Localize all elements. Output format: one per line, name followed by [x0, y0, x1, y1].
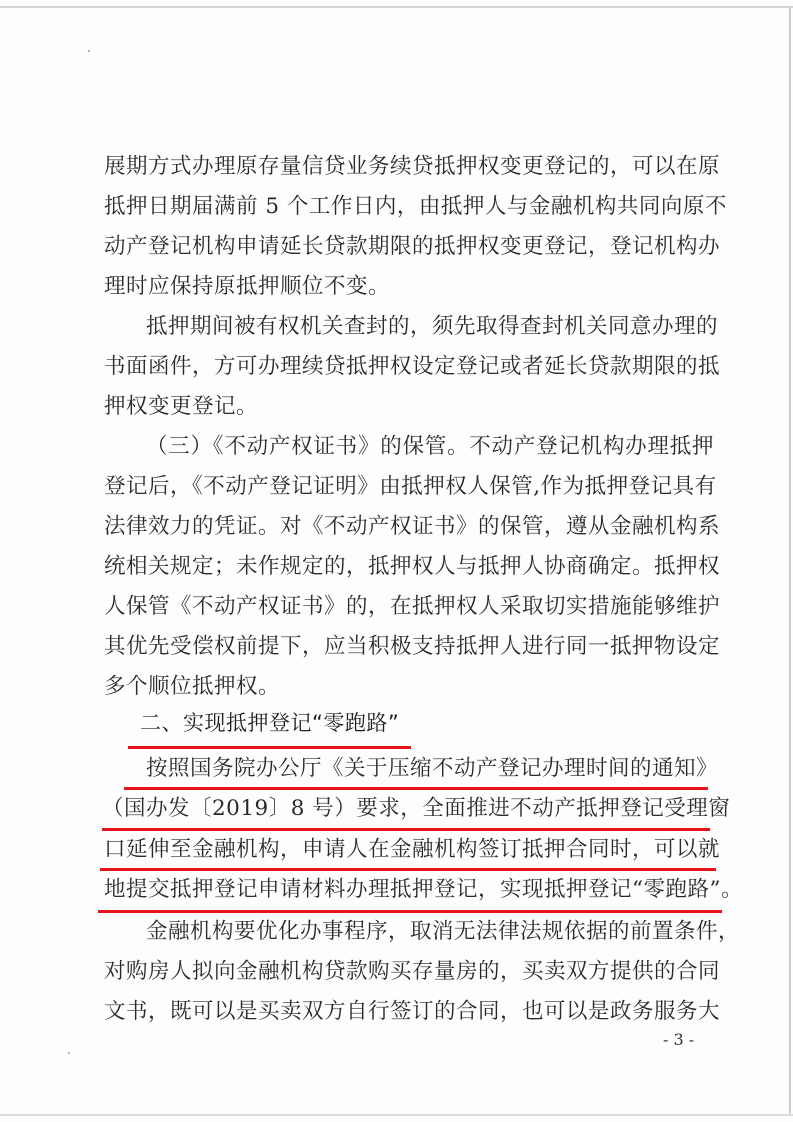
- body-line: 动产登记机构申请延长贷款期限的抵押权变更登记，登记机构办: [104, 233, 714, 261]
- body-line: 对购房人拟向金融机构贷款购买存量房的，买卖双方提供的合同: [104, 958, 714, 986]
- body-line: 金融机构要优化办事程序，取消无法律法规依据的前置条件，: [146, 918, 714, 946]
- body-line: 理时应保持原抵押顺位不变。: [104, 273, 714, 301]
- section-heading: 二、实现抵押登记“零跑路”: [140, 709, 399, 737]
- red-underline: [128, 746, 411, 749]
- scan-speck: [68, 1052, 70, 1054]
- body-line: （国办发〔2019〕8 号）要求，全面推进不动产抵押登记受理窗: [102, 795, 714, 823]
- red-underline: [98, 910, 722, 913]
- page-top-edge: [0, 6, 793, 8]
- page-bottom-edge: [0, 1114, 793, 1116]
- red-underline: [100, 868, 716, 871]
- body-line: 法律效力的凭证。对《不动产权证书》的保管，遵从金融机构系: [104, 513, 714, 541]
- body-line: 多个顺位抵押权。: [104, 673, 714, 701]
- body-line: 统相关规定；未作规定的，抵押权人与抵押人协商确定。抵押权: [104, 553, 714, 581]
- body-line: 文书，既可以是买卖双方自行签订的合同，也可以是政务服务大: [104, 998, 714, 1026]
- body-line: 押权变更登记。: [104, 393, 714, 421]
- body-line: 按照国务院办公厅《关于压缩不动产登记办理时间的通知》: [146, 755, 714, 783]
- red-underline: [102, 828, 710, 831]
- body-line: 书面函件，方可办理续贷抵押权设定登记或者延长贷款期限的抵: [104, 353, 714, 381]
- body-line: （三）《不动产权证书》的保管。不动产登记机构办理抵押: [146, 433, 714, 461]
- body-line: 登记后，《不动产登记证明》由抵押权人保管,作为抵押登记具有: [104, 473, 714, 501]
- body-line: 其优先受偿权前提下，应当积极支持抵押人进行同一抵押物设定: [104, 633, 714, 661]
- body-line: 抵押期间被有权机关查封的，须先取得查封机关同意办理的: [146, 313, 714, 341]
- scan-speck: [88, 50, 90, 52]
- red-underline: [124, 787, 708, 790]
- body-line: 展期方式办理原存量信贷业务续贷抵押权变更登记的，可以在原: [104, 153, 714, 181]
- body-line: 抵押日期届满前 5 个工作日内，由抵押人与金融机构共同向原不: [104, 193, 714, 221]
- body-line: 口延伸至金融机构，申请人在金融机构签订抵押合同时，可以就: [104, 836, 714, 864]
- body-line: 地提交抵押登记申请材料办理抵押登记，实现抵押登记“零跑路”。: [104, 876, 714, 904]
- body-line: 人保管《不动产权证书》的，在抵押权人采取切实措施能够维护: [104, 593, 714, 621]
- document-page: 展期方式办理原存量信贷业务续贷抵押权变更登记的，可以在原 抵押日期届满前 5 个…: [0, 0, 793, 1122]
- page-right-edge: [789, 6, 791, 1116]
- page-number: - 3 -: [663, 1030, 694, 1049]
